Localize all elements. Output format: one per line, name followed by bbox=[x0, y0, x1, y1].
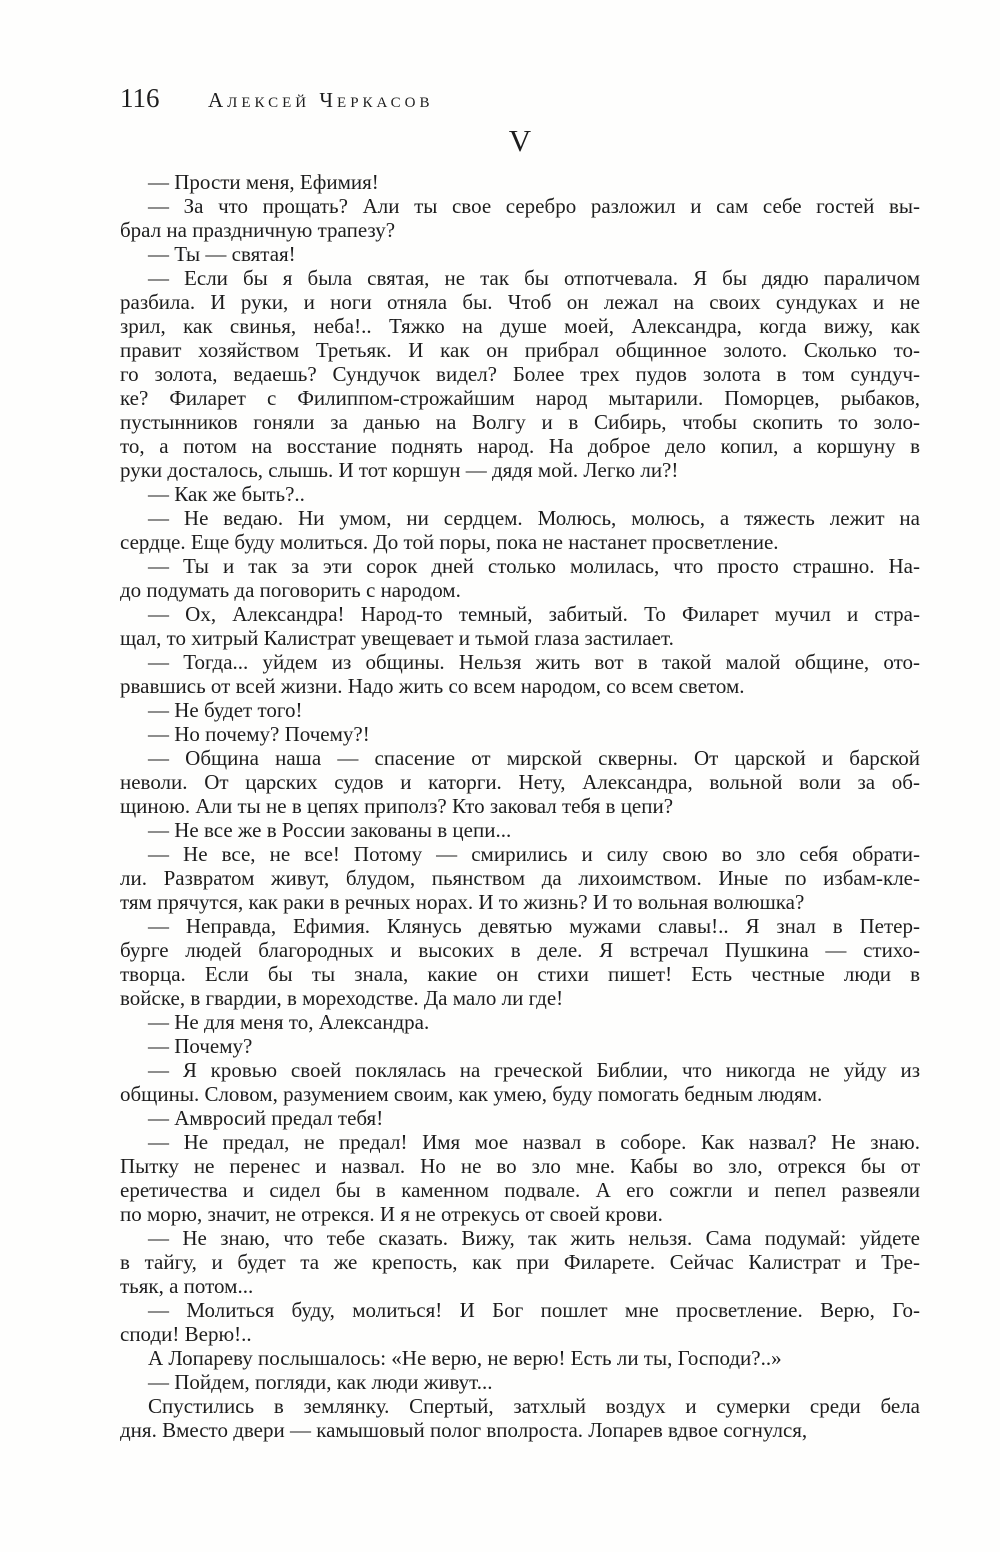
text-line: — За что прощать? Али ты свое серебро ра… bbox=[120, 194, 920, 218]
text-line: правит хозяйством Третьяк. И как он приб… bbox=[120, 338, 920, 362]
text-line: — Если бы я была святая, не так бы отпот… bbox=[120, 266, 920, 290]
paragraph: — Не знаю, что тебе сказать. Вижу, так ж… bbox=[120, 1226, 920, 1298]
paragraph: — Молиться буду, молиться! И Бог пошлет … bbox=[120, 1298, 920, 1346]
text-line: войске, в гвардии, в мореходстве. Да мал… bbox=[120, 986, 920, 1010]
paragraph: — Я кровью своей поклялась на греческой … bbox=[120, 1058, 920, 1106]
text-line: до подумать да поговорить с народом. bbox=[120, 578, 920, 602]
paragraph: — Ох, Александра! Народ-то темный, забит… bbox=[120, 602, 920, 650]
text-line: разбила. И руки, и ноги отняла бы. Чтоб … bbox=[120, 290, 920, 314]
text-line: го золота, ведаешь? Сундучок видел? Боле… bbox=[120, 362, 920, 386]
text-line: зрил, как свинья, неба!.. Тяжко на душе … bbox=[120, 314, 920, 338]
text-block: — Прости меня, Ефимия!— За что прощать? … bbox=[120, 170, 920, 1442]
text-line: пустынников гоняли за данью на Волгу и в… bbox=[120, 410, 920, 434]
text-line: рвавшись от всей жизни. Надо жить со все… bbox=[120, 674, 920, 698]
text-line: — Не для меня то, Александра. bbox=[120, 1010, 920, 1034]
text-line: сердце. Еще буду молиться. До той поры, … bbox=[120, 530, 920, 554]
text-line: тям прячутся, как раки в речных норах. И… bbox=[120, 890, 920, 914]
text-line: ли. Развратом живут, блудом, пьянством д… bbox=[120, 866, 920, 890]
text-line: — Не знаю, что тебе сказать. Вижу, так ж… bbox=[120, 1226, 920, 1250]
paragraph: — Почему? bbox=[120, 1034, 920, 1058]
book-page: 116 Алексей Черкасов V — Прости меня, Еф… bbox=[0, 0, 1000, 1552]
text-line: споди! Верю!.. bbox=[120, 1322, 920, 1346]
text-line: — Почему? bbox=[120, 1034, 920, 1058]
paragraph: — Тогда... уйдем из общины. Нельзя жить … bbox=[120, 650, 920, 698]
text-line: щиною. Али ты не в цепях приполз? Кто за… bbox=[120, 794, 920, 818]
text-line: Пытку не перенес и назвал. Но не во зло … bbox=[120, 1154, 920, 1178]
text-line: щал, то хитрый Калистрат увещевает и тьм… bbox=[120, 626, 920, 650]
text-line: — Прости меня, Ефимия! bbox=[120, 170, 920, 194]
text-line: — Я кровью своей поклялась на греческой … bbox=[120, 1058, 920, 1082]
paragraph: — Не все, не все! Потому — смирились и с… bbox=[120, 842, 920, 914]
page-header: 116 Алексей Черкасов bbox=[120, 84, 920, 116]
paragraph: — Не ведаю. Ни умом, ни сердцем. Молюсь,… bbox=[120, 506, 920, 554]
paragraph: — Но почему? Почему?! bbox=[120, 722, 920, 746]
text-line: — Амвросий предал тебя! bbox=[120, 1106, 920, 1130]
text-line: ке? Филарет с Филиппом-строжайшим народ … bbox=[120, 386, 920, 410]
running-title: Алексей Черкасов bbox=[208, 87, 433, 113]
paragraph: — Община наша — спасение от мирской скве… bbox=[120, 746, 920, 818]
text-line: — Не все, не все! Потому — смирились и с… bbox=[120, 842, 920, 866]
text-line: — Не все же в России закованы в цепи... bbox=[120, 818, 920, 842]
paragraph: — Не будет того! bbox=[120, 698, 920, 722]
paragraph: — Как же быть?.. bbox=[120, 482, 920, 506]
chapter-heading: V bbox=[120, 122, 920, 160]
paragraph: — Прости меня, Ефимия! bbox=[120, 170, 920, 194]
text-line: А Лопареву послышалось: «Не верю, не вер… bbox=[120, 1346, 920, 1370]
text-line: руки досталось, слышь. И тот коршун — дя… bbox=[120, 458, 920, 482]
paragraph: Спустились в землянку. Спертый, затхлый … bbox=[120, 1394, 920, 1442]
paragraph: — Амвросий предал тебя! bbox=[120, 1106, 920, 1130]
text-line: общины. Словом, разумением своим, как ум… bbox=[120, 1082, 920, 1106]
text-line: — Община наша — спасение от мирской скве… bbox=[120, 746, 920, 770]
page-number: 116 bbox=[120, 84, 160, 112]
text-line: — Ты и так за эти сорок дней столько мол… bbox=[120, 554, 920, 578]
text-line: — Ты — святая! bbox=[120, 242, 920, 266]
text-line: Спустились в землянку. Спертый, затхлый … bbox=[120, 1394, 920, 1418]
paragraph: — Если бы я была святая, не так бы отпот… bbox=[120, 266, 920, 482]
text-line: — Как же быть?.. bbox=[120, 482, 920, 506]
text-line: — Ох, Александра! Народ-то темный, забит… bbox=[120, 602, 920, 626]
text-line: тьяк, а потом... bbox=[120, 1274, 920, 1298]
text-line: — Не ведаю. Ни умом, ни сердцем. Молюсь,… bbox=[120, 506, 920, 530]
paragraph: — Не все же в России закованы в цепи... bbox=[120, 818, 920, 842]
text-line: — Не предал, не предал! Имя мое назвал в… bbox=[120, 1130, 920, 1154]
text-line: — Неправда, Ефимия. Клянусь девятью мужа… bbox=[120, 914, 920, 938]
paragraph: — Ты — святая! bbox=[120, 242, 920, 266]
text-line: неволи. От царских судов и каторги. Нету… bbox=[120, 770, 920, 794]
paragraph: — Неправда, Ефимия. Клянусь девятью мужа… bbox=[120, 914, 920, 1010]
paragraph: — За что прощать? Али ты свое серебро ра… bbox=[120, 194, 920, 242]
text-line: дня. Вместо двери — камышовый полог впол… bbox=[120, 1418, 920, 1442]
text-line: творца. Если бы ты знала, какие он стихи… bbox=[120, 962, 920, 986]
text-line: — Но почему? Почему?! bbox=[120, 722, 920, 746]
text-line: — Не будет того! bbox=[120, 698, 920, 722]
paragraph: — Ты и так за эти сорок дней столько мол… bbox=[120, 554, 920, 602]
text-line: в тайгу, и будет та же крепость, как при… bbox=[120, 1250, 920, 1274]
text-line: то, а потом на восстание поднять народ. … bbox=[120, 434, 920, 458]
paragraph: — Не для меня то, Александра. bbox=[120, 1010, 920, 1034]
text-line: — Пойдем, погляди, как люди живут... bbox=[120, 1370, 920, 1394]
text-line: — Тогда... уйдем из общины. Нельзя жить … bbox=[120, 650, 920, 674]
text-line: — Молиться буду, молиться! И Бог пошлет … bbox=[120, 1298, 920, 1322]
text-line: еретичества и сидел бы в каменном подвал… bbox=[120, 1178, 920, 1202]
text-line: бурге людей благородных и высоких в деле… bbox=[120, 938, 920, 962]
paragraph: — Не предал, не предал! Имя мое назвал в… bbox=[120, 1130, 920, 1226]
text-line: брал на праздничную трапезу? bbox=[120, 218, 920, 242]
paragraph: А Лопареву послышалось: «Не верю, не вер… bbox=[120, 1346, 920, 1370]
paragraph: — Пойдем, погляди, как люди живут... bbox=[120, 1370, 920, 1394]
text-line: по морю, значит, не отрекся. И я не отре… bbox=[120, 1202, 920, 1226]
